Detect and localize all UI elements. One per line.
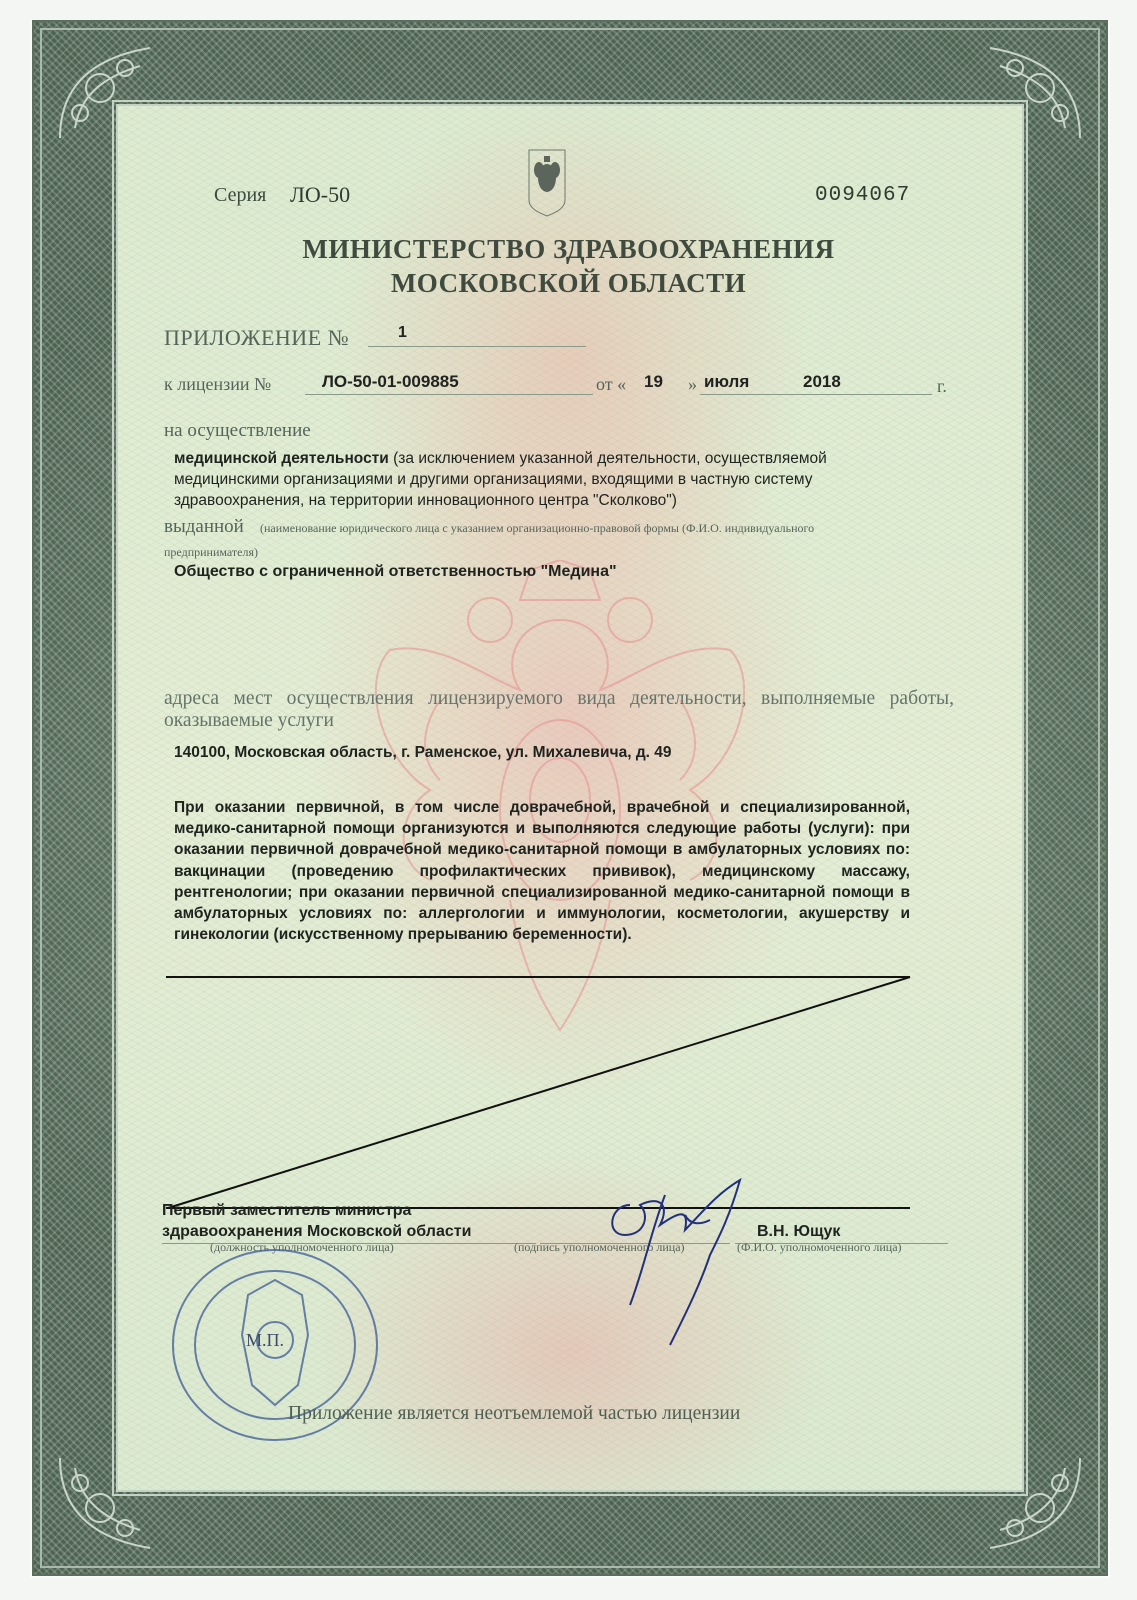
name-hint: (Ф.И.О. уполномоченного лица) <box>737 1240 902 1255</box>
stamp-place-label: М.П. <box>246 1330 284 1351</box>
signatory-position: Первый заместитель министра здравоохране… <box>162 1200 471 1242</box>
footer-note: Приложение является неотъемлемой частью … <box>288 1403 740 1425</box>
handwritten-signature-icon <box>590 1175 760 1355</box>
signatory-name: В.Н. Ющук <box>757 1223 840 1241</box>
